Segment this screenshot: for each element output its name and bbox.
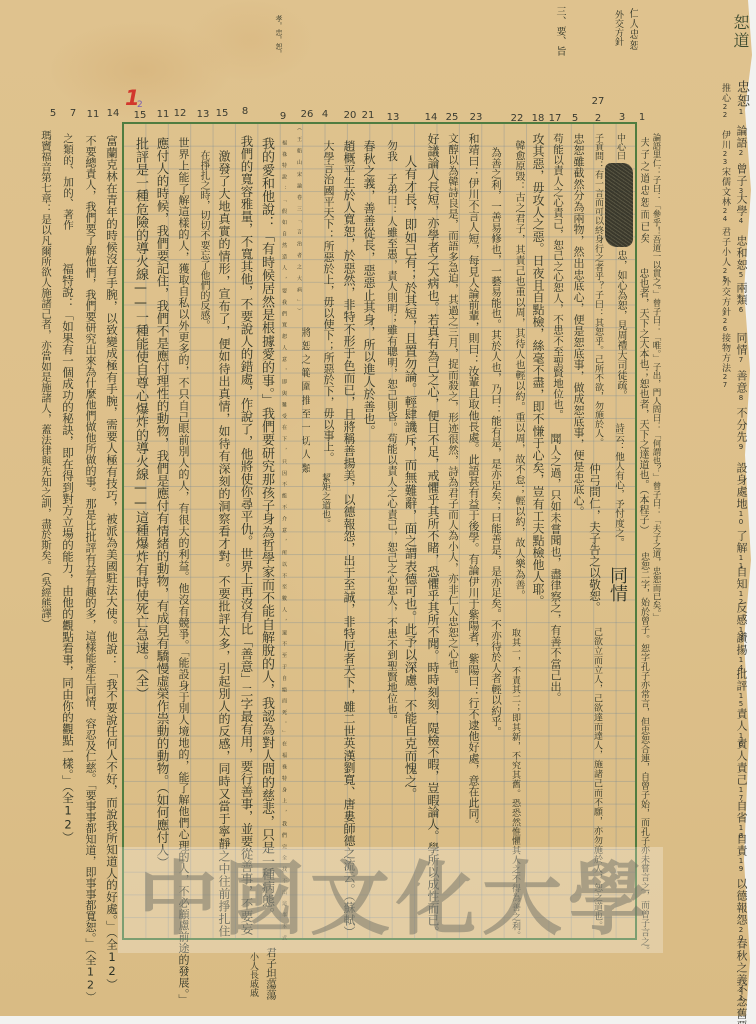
text-column: 應付人的時候，我們要記住，我們不是應付理性的動物，我們是應付有情緒的動物，有成見… [153, 137, 171, 865]
text-column: 絜矩之道也。 [318, 473, 332, 528]
text-column: 忠恕雖截然分為兩物，然出忠底心，便是恕底事，做成恕底事，便是忠底心。 [569, 133, 587, 517]
index-item: 外交方針26 [719, 277, 730, 333]
top-note-right-2: 外交方針 [612, 10, 624, 46]
text-column: 詩云：他人有心，予忖度之。 [609, 423, 627, 547]
index-item: 善意8 [735, 370, 748, 402]
column-number: 11 [85, 109, 101, 121]
column-number: 20 [342, 110, 358, 122]
text-column: 我的愛和他說：「有時候居然是根據愛的事。」我們要研究那孩子身為哲學家而不能自解脫… [257, 137, 275, 920]
top-note-right-1: 仁人忠恕 [626, 8, 638, 50]
margin-note: 瑪竇福音第七章：是以凡爾所欲人施諸己者，亦當如是施諸人，蓋法律與先知之訓，盡於斯… [37, 130, 55, 625]
text-column: 春秋之義，善善從長，惡惡止其身，所以進人於善也。 [360, 140, 378, 437]
text-column: 文醇以為韓詩良是，而語多急迫，其過之三月，捉而殺之，形迹很然，詩為君子而人為小人… [444, 133, 462, 680]
text-column: 大學言治國平天下：所惡於上，毋以使下；所惡於下，毋以事上。 [319, 140, 337, 463]
text-column: 勿我 子弟曰：人雖至愚，責人則明；雖有聰明，恕己則昏。苟能以責人之心責己，恕己之… [383, 140, 401, 725]
index-item: 責人責己17 [735, 738, 748, 802]
column-number: 14 [105, 108, 121, 120]
index-item: 君子小人25 [719, 227, 730, 283]
index-item: 曾子3 [735, 163, 748, 195]
watermark-text: 中國文化大學 [138, 850, 654, 950]
index-item: 了解11 [735, 530, 748, 570]
column-number: 15 [132, 110, 148, 122]
column-number: 13 [195, 109, 211, 121]
index-item: 自責19 [735, 833, 748, 873]
column-number: 5 [45, 108, 61, 120]
index-item: 宋儒文林24 [719, 167, 730, 223]
text-column: 我們的寬容雅量，不寬其他，不要說人的錯處，作說了，他將使你尋平仇。世界上再沒有比… [237, 135, 255, 935]
text-column: 子貢問：有一言而可以終身行之者乎？子曰：其恕乎。己所不欲，勿施於人。 [589, 133, 607, 447]
column-number: 4 [317, 109, 333, 121]
index-item: 忠恕1 [735, 80, 748, 116]
margin-note: 不要總責人，我們要了解他們，我們要研究出來為什麼他們做他所做的事。那是比批評有益… [81, 135, 99, 1000]
margin-note: 忠也者，天下之大本也；恕也者，天下之達道也。（本程子） [635, 268, 649, 535]
bottom-note: 小人長戚戚 [247, 952, 259, 997]
index-item: 伊川23 [719, 130, 730, 166]
citation-column: （王船山宋論卷三「言治者之大病」） [292, 125, 308, 313]
index-item: 批評15 [735, 668, 748, 708]
index-item: 大學4 [735, 193, 748, 225]
column-number: 7 [65, 108, 81, 120]
column-number-extra: 27 [590, 96, 606, 108]
margin-note: 之類的、加的、著作 [61, 133, 75, 230]
index-item: 兩類6 [735, 282, 748, 314]
index-item: 設身處地10 [735, 462, 748, 526]
text-column: 攻其惡，毋攻人之惡。日夜且自點檢，絲毫不盡，即不慊于心矣，豈有工夫點檢他人耶。 [529, 133, 547, 607]
crossed-out-text [605, 163, 633, 247]
text-column: 激發了大地真實的情形，宣布了，便如待出真情，如待有深刻的洞察看才對。不要批評太多… [215, 150, 233, 937]
index-item: 論語2 [735, 125, 748, 157]
index-item: 讚揚14 [735, 632, 748, 672]
index-item: 不分先9 [735, 407, 748, 451]
index-item: 不念舊惡 [735, 984, 748, 1024]
small-page-mark: 2 [137, 100, 143, 110]
text-column: 苟能以責人之心責己，恕己之心恕人，不患不至聖賢地位也。 [549, 133, 567, 420]
top-note-left: 孝。忠。恕。 [272, 15, 286, 57]
index-item: 自知12 [735, 566, 748, 606]
column-number: 8 [237, 106, 253, 118]
text-column: 韓愈原毀：古之君子，其責己也重以周，其待人也輕以約。重以周，故不怠；輕以約，故人… [509, 140, 527, 600]
text-column: 聞人之過，只如未嘗聞也，盡律察之，有善不當己出。 [546, 433, 564, 703]
text-column: 趙概平生於人寬恕，於惡然，非特不形于色而已，且將稱善揚美，以德報怨，出于至誠，非… [340, 140, 358, 938]
text-column-heading: 同情 [606, 566, 628, 602]
text-column: 福祿特說：「假如自然造人，要我們寬恕人意，即與難受在下，只因不能不介意，所以不至… [277, 140, 293, 940]
index-item: 推心22 [719, 83, 730, 119]
margin-note: 論語里仁：子曰：「參乎！吾道一以貫之。」曾子曰：「唯。」子出，門人問曰：「何謂也… [649, 133, 663, 620]
column-number: 15 [214, 108, 230, 120]
text-column: 批評是一種危險的導火線——一種能使自尊心爆炸的導火線——這種爆炸有時使死亡急速。… [131, 137, 149, 700]
column-number: 21 [360, 110, 376, 122]
index-item: 忠和恕5 [735, 235, 748, 279]
text-column: 為善之利，一善易修也，一藝易能也。其於人也，乃曰：能有是，是亦足矣；曰能善是，是… [487, 147, 505, 737]
page-title: 恕道 [730, 14, 750, 50]
margin-note: 夫子之道忠恕而已矣 [637, 137, 649, 243]
text-column: 仲弓問仁，夫子告之以敬恕。 [588, 463, 602, 613]
margin-note: 福特說：「如果有一個成功的秘訣，即在得到對方立場的能力，由他的觀點看事，同由你的… [59, 263, 77, 840]
index-item: 同情7 [735, 332, 748, 364]
text-column: 將恕之範圍推至一切人類 [298, 327, 310, 473]
text-column: 在掙扎之時，切切不要忘了他們的反感。 [194, 150, 212, 330]
column-number: 11 [155, 109, 171, 121]
column-number: 12 [172, 108, 188, 120]
index-item: 以德報怨20 [735, 878, 748, 942]
text-column: 好議論人長短，亦學者之大病也。若真有為己之心，便日不足，戒懼乎其所不睹，恐懼乎其… [424, 133, 442, 938]
bottom-note: 君子坦蕩蕩 [264, 947, 278, 1000]
column-number: 26 [299, 109, 315, 121]
text-column: 和靖曰：伊川不言人短，每見人論前輩，則曰：汝輩且取他長處。此語甚有益于後學。有論… [464, 133, 482, 830]
text-column: 忠，如心為恕，見周禮大司徒疏。 [611, 250, 629, 400]
text-column: 中心曰 [611, 133, 629, 160]
text-column: 人有才長，即如己有；於其短，且置勿論。輕肆譏斥，而無難辭，面之謂表德可也。此予以… [401, 155, 419, 800]
index-item: 接物方法27 [719, 333, 730, 389]
top-note-middle: 三、要、旨 [552, 6, 566, 56]
